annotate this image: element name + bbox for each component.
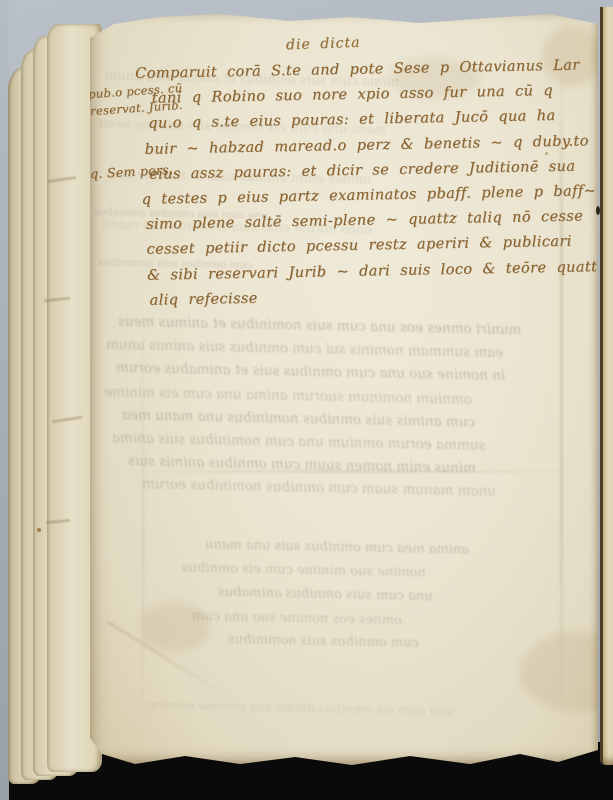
bleedthrough-line: anima mea cum omnibus suis una manu: [205, 537, 469, 558]
bleedthrough-line: summa eorum omnium una cum nominibus sui…: [112, 430, 486, 454]
bleedthrough-line: unam manum suam cum omnibus nominibus eo…: [142, 476, 496, 499]
paper-crease: [142, 312, 144, 752]
manuscript-entry: Comparuit corā S.te and pote Sese p Otta…: [135, 52, 613, 314]
manuscript-photograph: numa cum suis omnibus et anima mea unum …: [0, 0, 613, 800]
bleedthrough-line: eam summam nominis sui cum omnibus suis …: [106, 337, 503, 361]
bleedthrough-line: muniri omnes eos una cum suis nominibus …: [118, 314, 522, 338]
facing-page-sliver: [600, 7, 613, 765]
page-heading: die dicta: [286, 35, 361, 54]
foxing-speck: [37, 528, 41, 532]
bleedthrough-line: minus enim nomen suum cum omnibus animis…: [128, 453, 476, 476]
bleedthrough-line: nomine suo minime cum eis omnibus: [182, 560, 426, 580]
manuscript-page: numa cum suis omnibus et anima mea unum …: [90, 12, 598, 768]
bleedthrough-line: una cum suis omnibus animabus: [218, 585, 433, 604]
bleedthrough-line: omnium nominum suorum anima una cum eis …: [104, 384, 472, 408]
bleedthrough-line: una cum eis omnibus anima sua minime nom…: [148, 697, 453, 718]
bleedthrough-line: in nomine suo una cum omnibus suis et an…: [116, 360, 505, 384]
bleedthrough-line: omnes eos nomine suo una cum: [192, 609, 402, 628]
bleedthrough-line: cum omnibus suis nominibus: [228, 632, 419, 651]
gutter-speck: [596, 206, 600, 215]
foxing-speck: [545, 152, 548, 155]
bleedthrough-line: cum animis suis omnibus nominibus una ma…: [122, 407, 475, 430]
